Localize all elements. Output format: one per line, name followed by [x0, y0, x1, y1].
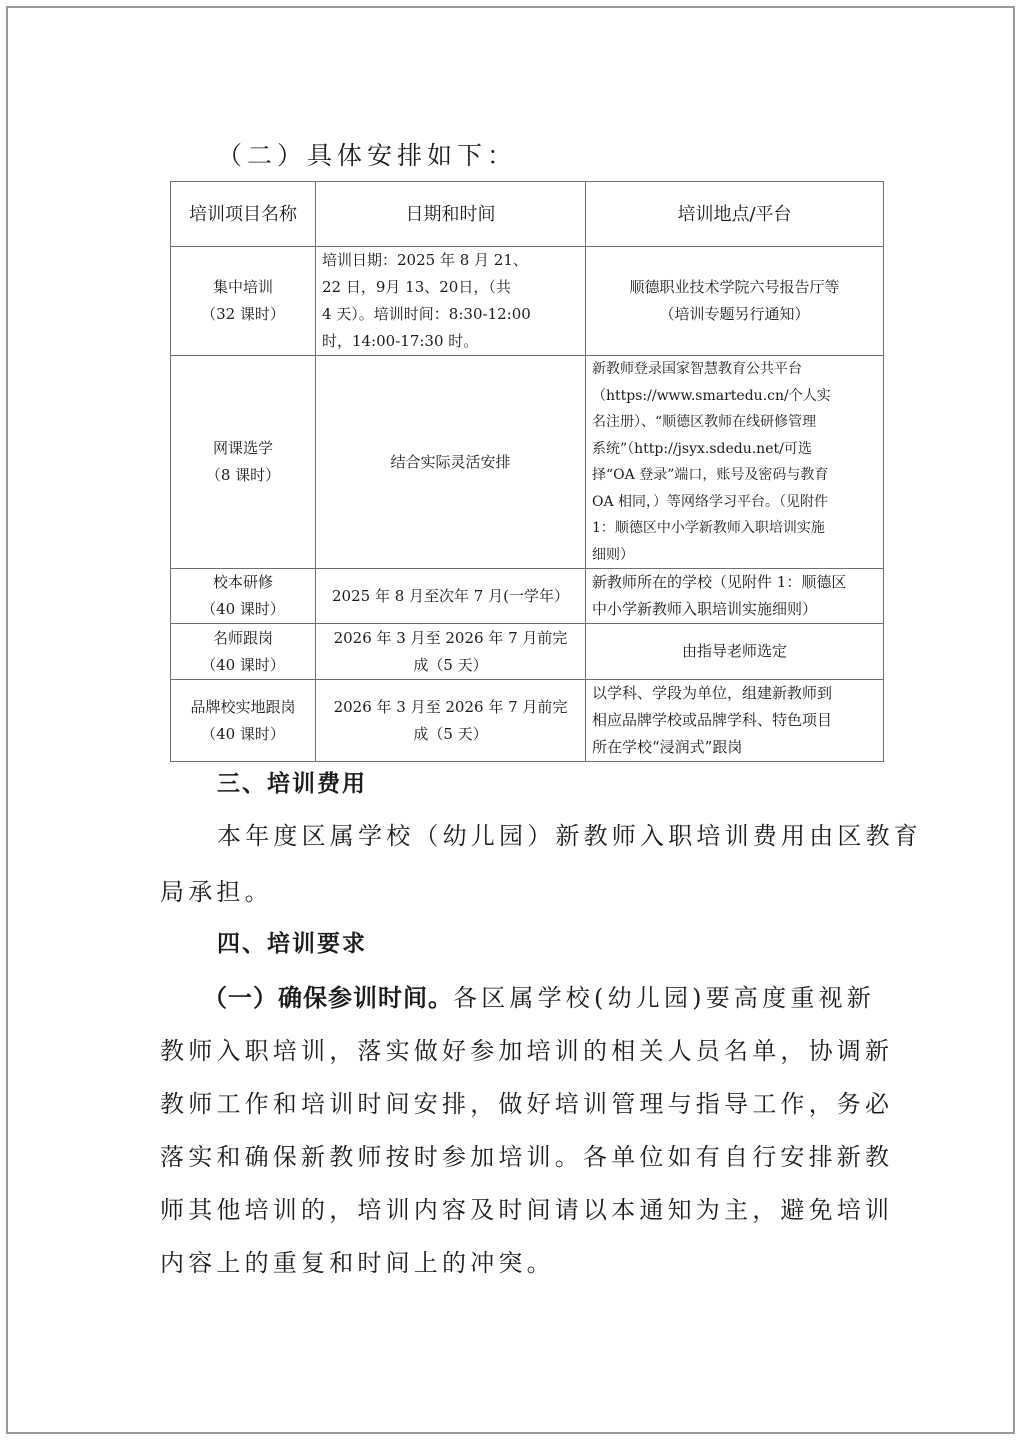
- cell-date-time: 培训日期：2025 年 8 月 21、 22 日，9月 13、20日，（共 4 …: [316, 247, 586, 356]
- training-schedule-table: 培训项目名称 日期和时间 培训地点/平台 集中培训 （32 课时） 培训日期：2…: [170, 181, 884, 762]
- paragraph-line: 内容上的重复和时间上的冲突。: [160, 1245, 873, 1281]
- cell-text: 择“OA 登录”端口，账号及密码与教育: [592, 462, 877, 489]
- cell-text: 顺德职业技术学院六号报告厅等: [592, 274, 877, 301]
- cell-text: 新教师登录国家智慧教育公共平台: [592, 356, 877, 383]
- cell-date-time: 2025 年 8 月至次年 7 月(一学年）: [316, 569, 586, 624]
- cell-text: 校本研修: [177, 569, 309, 596]
- header-date-time: 日期和时间: [316, 182, 586, 247]
- cell-text: 中小学新教师入职培训实施细则）: [592, 596, 877, 623]
- cell-text: 2025 年 8 月至次年 7 月(一学年）: [322, 583, 579, 610]
- cell-text: 所在学校“浸润式”跟岗: [592, 734, 877, 761]
- cell-project-name: 品牌校实地跟岗 （40 课时）: [171, 680, 316, 762]
- paragraph-line: 本年度区属学校（幼儿园）新教师入职培训费用由区教育: [217, 818, 873, 854]
- cell-text: 名注册）、“顺德区教师在线研修管理: [592, 409, 877, 436]
- cell-text: 成（5 天）: [322, 652, 579, 679]
- cell-text: 名师跟岗: [177, 625, 309, 652]
- header-location-platform: 培训地点/平台: [586, 182, 884, 247]
- cell-text: 网课选学: [177, 435, 309, 462]
- table-row: 网课选学 （8 课时） 结合实际灵活安排 新教师登录国家智慧教育公共平台 （ht…: [171, 356, 884, 569]
- cell-location: 新教师所在的学校（见附件 1：顺德区 中小学新教师入职培训实施细则）: [586, 569, 884, 624]
- table-row: 集中培训 （32 课时） 培训日期：2025 年 8 月 21、 22 日，9月…: [171, 247, 884, 356]
- cell-date-time: 结合实际灵活安排: [316, 356, 586, 569]
- cell-project-name: 网课选学 （8 课时）: [171, 356, 316, 569]
- cell-text: 以学科、学段为单位，组建新教师到: [592, 680, 877, 707]
- cell-text: （32 课时）: [177, 301, 309, 328]
- cell-text: 培训日期：2025 年 8 月 21、: [322, 247, 579, 274]
- cell-text: 细则）: [592, 542, 877, 569]
- cell-text: 1：顺德区中小学新教师入职培训实施: [592, 515, 877, 542]
- cell-text: （培训专题另行通知）: [592, 301, 877, 328]
- table-row: 名师跟岗 （40 课时） 2026 年 3 月至 2026 年 7 月前完 成（…: [171, 624, 884, 680]
- cell-project-name: 集中培训 （32 课时）: [171, 247, 316, 356]
- cell-text: （40 课时）: [177, 721, 309, 748]
- cell-text: （40 课时）: [177, 596, 309, 623]
- paragraph-line: 落实和确保新教师按时参加培训。各单位如有自行安排新教: [160, 1139, 873, 1175]
- cell-text: 新教师所在的学校（见附件 1：顺德区: [592, 569, 877, 596]
- cell-text: OA 相同，）等网络学习平台。（见附件: [592, 489, 877, 516]
- cell-text: （40 课时）: [177, 652, 309, 679]
- schedule-subheading: （二）具体安排如下：: [217, 138, 517, 174]
- cell-text: 品牌校实地跟岗: [177, 694, 309, 721]
- cell-location: 新教师登录国家智慧教育公共平台 （https://www.smartedu.cn…: [586, 356, 884, 569]
- paragraph-line: 局承担。: [160, 874, 873, 910]
- table-row: 品牌校实地跟岗 （40 课时） 2026 年 3 月至 2026 年 7 月前完…: [171, 680, 884, 762]
- cell-location: 顺德职业技术学院六号报告厅等 （培训专题另行通知）: [586, 247, 884, 356]
- jsyx-link-text: 系统”（http://jsyx.sdedu.net/可选: [592, 436, 877, 463]
- cell-text: 2026 年 3 月至 2026 年 7 月前完: [322, 694, 579, 721]
- cell-date-time: 2026 年 3 月至 2026 年 7 月前完 成（5 天）: [316, 624, 586, 680]
- cell-text: 22 日，9月 13、20日，（共: [322, 274, 579, 301]
- cell-text: 2026 年 3 月至 2026 年 7 月前完: [322, 625, 579, 652]
- cell-date-time: 2026 年 3 月至 2026 年 7 月前完 成（5 天）: [316, 680, 586, 762]
- header-project-name: 培训项目名称: [171, 182, 316, 247]
- paragraph-line: （一）确保参训时间。各区属学校(幼儿园)要高度重视新: [203, 980, 916, 1016]
- paragraph-line: 教师入职培训，落实做好参加培训的相关人员名单，协调新: [160, 1033, 873, 1069]
- cell-location: 由指导老师选定: [586, 624, 884, 680]
- table-header-row: 培训项目名称 日期和时间 培训地点/平台: [171, 182, 884, 247]
- table-row: 校本研修 （40 课时） 2025 年 8 月至次年 7 月(一学年） 新教师所…: [171, 569, 884, 624]
- cell-text: 集中培训: [177, 274, 309, 301]
- paragraph-text: 各区属学校(幼儿园)要高度重视新: [453, 984, 875, 1012]
- section-heading-training-fees: 三、培训费用: [217, 766, 367, 802]
- section-heading-training-requirements: 四、培训要求: [217, 926, 367, 962]
- cell-project-name: 校本研修 （40 课时）: [171, 569, 316, 624]
- cell-text: 4 天）。培训时间：8:30-12:00: [322, 301, 579, 328]
- cell-text: 相应品牌学校或品牌学科、特色项目: [592, 707, 877, 734]
- requirement-lead-title: （一）确保参训时间。: [203, 984, 453, 1012]
- cell-text: 成（5 天）: [322, 721, 579, 748]
- cell-text: 时，14:00-17:30 时。: [322, 328, 579, 355]
- smartedu-link-text: （https://www.smartedu.cn/个人实: [592, 383, 877, 410]
- cell-location: 以学科、学段为单位，组建新教师到 相应品牌学校或品牌学科、特色项目 所在学校“浸…: [586, 680, 884, 762]
- cell-text: （8 课时）: [177, 462, 309, 489]
- cell-text: 由指导老师选定: [592, 638, 877, 665]
- cell-text: 结合实际灵活安排: [322, 449, 579, 476]
- paragraph-line: 教师工作和培训时间安排，做好培训管理与指导工作，务必: [160, 1086, 873, 1122]
- paragraph-line: 师其他培训的，培训内容及时间请以本通知为主，避免培训: [160, 1192, 873, 1228]
- cell-project-name: 名师跟岗 （40 课时）: [171, 624, 316, 680]
